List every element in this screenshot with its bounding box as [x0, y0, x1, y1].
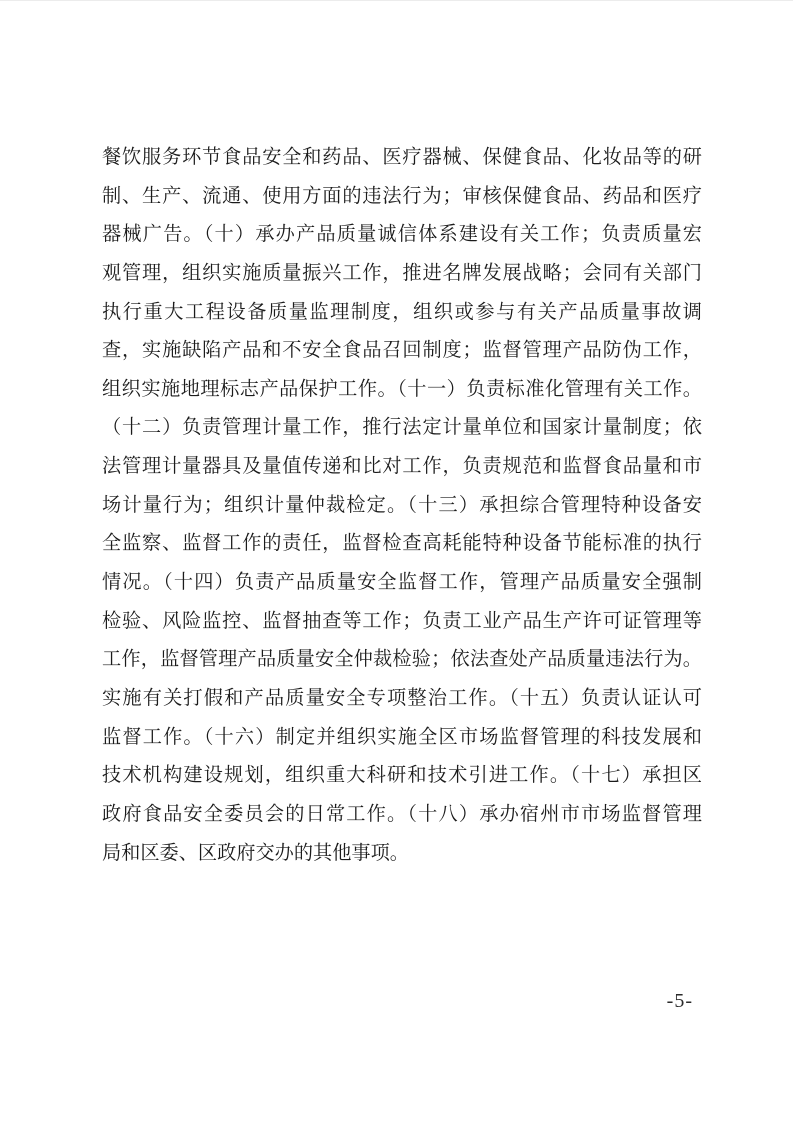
text-line: 工作，监督管理产品质量安全仲裁检验；依法查处产品质量违法行为。	[102, 641, 702, 680]
text-line: 场计量行为；组织计量仲裁检定。（十三）承担综合管理特种设备安	[102, 487, 702, 526]
text-line: 技术机构建设规划，组织重大科研和技术引进工作。（十七）承担区	[102, 757, 702, 796]
page-number: -5-	[667, 990, 693, 1013]
text-line: 局和区委、区政府交办的其他事项。	[102, 835, 702, 874]
text-line: 全监察、监督工作的责任，监督检查高耗能特种设备节能标准的执行	[102, 525, 702, 564]
text-line: 查，实施缺陷产品和不安全食品召回制度；监督管理产品防伪工作，	[102, 332, 702, 371]
text-line: 监督工作。（十六）制定并组织实施全区市场监督管理的科技发展和	[102, 719, 702, 758]
text-line: 观管理，组织实施质量振兴工作，推进名牌发展战略；会同有关部门	[102, 255, 702, 294]
text-line: 餐饮服务环节食品安全和药品、医疗器械、保健食品、化妆品等的研	[102, 139, 702, 178]
text-line: 情况。（十四）负责产品质量安全监督工作，管理产品质量安全强制	[102, 564, 702, 603]
document-page: 餐饮服务环节食品安全和药品、医疗器械、保健食品、化妆品等的研 制、生产、流通、使…	[0, 0, 793, 1122]
text-line: 组织实施地理标志产品保护工作。（十一）负责标准化管理有关工作。	[102, 371, 702, 410]
text-line: 执行重大工程设备质量监理制度，组织或参与有关产品质量事故调	[102, 294, 702, 333]
text-line: 器械广告。（十）承办产品质量诚信体系建设有关工作；负责质量宏	[102, 216, 702, 255]
text-line: 法管理计量器具及量值传递和比对工作，负责规范和监督食品量和市	[102, 448, 702, 487]
text-line: 检验、风险监控、监督抽查等工作；负责工业产品生产许可证管理等	[102, 603, 702, 642]
body-text-block: 餐饮服务环节食品安全和药品、医疗器械、保健食品、化妆品等的研 制、生产、流通、使…	[102, 139, 702, 873]
text-line: 政府食品安全委员会的日常工作。（十八）承办宿州市市场监督管理	[102, 796, 702, 835]
text-line: 实施有关打假和产品质量安全专项整治工作。（十五）负责认证认可	[102, 680, 702, 719]
text-line: （十二）负责管理计量工作，推行法定计量单位和国家计量制度；依	[102, 409, 702, 448]
text-line: 制、生产、流通、使用方面的违法行为；审核保健食品、药品和医疗	[102, 178, 702, 217]
